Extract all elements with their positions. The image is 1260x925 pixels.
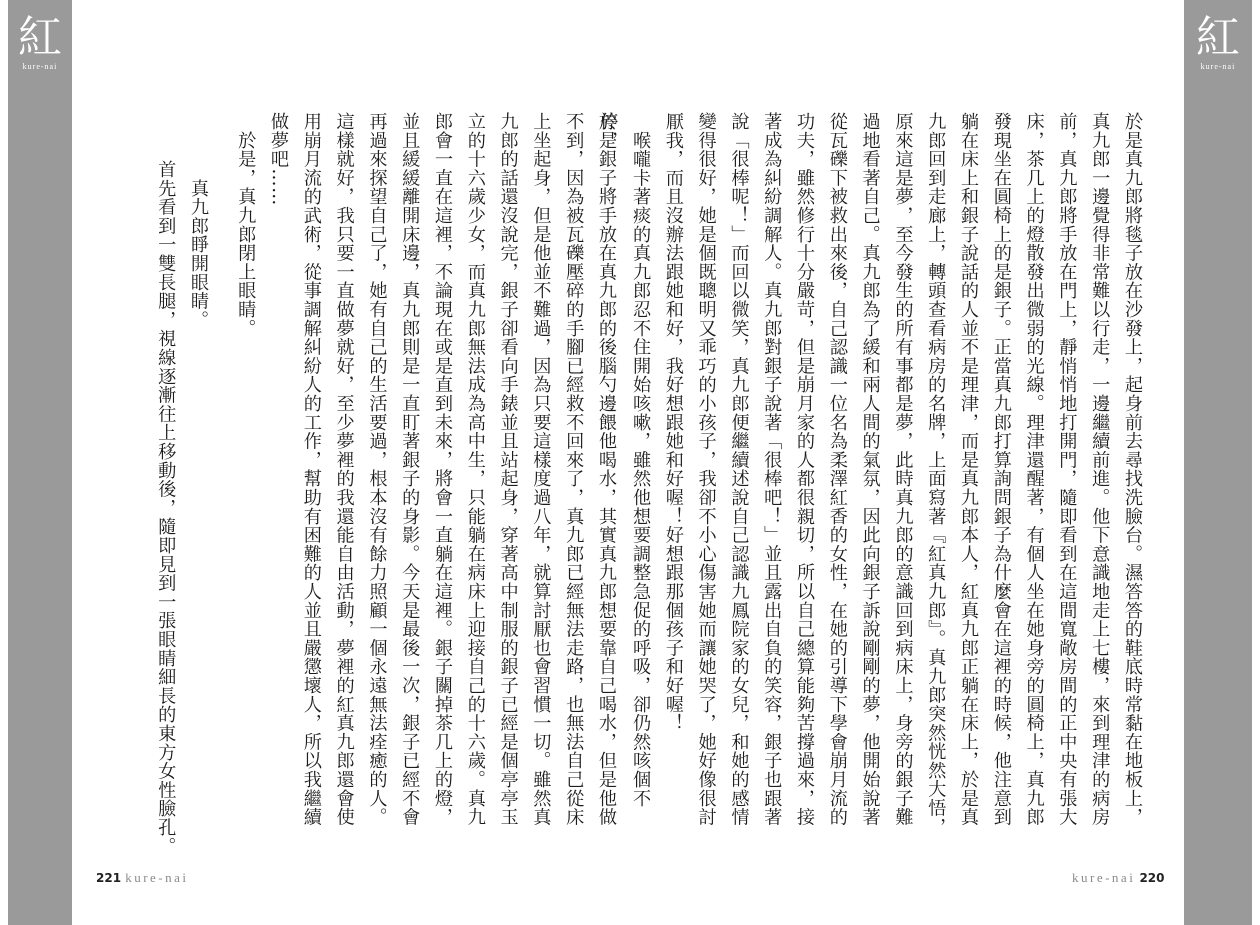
page-number: 221 <box>96 871 121 885</box>
paragraph: 首先看到一雙長腿，視線逐漸往上移動後，隨即見到一張眼睛細長的東方女性臉孔。 <box>148 160 181 860</box>
chapter-tab-left: 紅 kure-nai <box>8 0 72 925</box>
page-folio-left: 221 kure-nai <box>96 870 189 887</box>
chapter-tab-right: 紅 kure-nai <box>1184 0 1252 925</box>
page-right: 於是真九郎將毯子放在沙發上，起身前去尋找洗臉台。濕答答的鞋底時常黏在地板上，真九… <box>630 0 1184 925</box>
body-text-block: 於是銀子將手放在真九郎的後腦勺邊餵他喝水，其實真九郎想要靠自己喝水，但是他做不到… <box>228 112 622 842</box>
paragraph: 喉嚨卡著痰的真九郎忍不住開始咳嗽，雖然他想要調整急促的呼吸，卻仍然咳個不停， <box>590 112 656 842</box>
brand-logo-char: 紅 <box>1184 14 1252 62</box>
body-text-block: 於是真九郎將毯子放在沙發上，起身前去尋找洗臉台。濕答答的鞋底時常黏在地板上，真九… <box>590 112 1148 842</box>
running-title: kure-nai <box>1072 870 1135 885</box>
brand-logo-char: 紅 <box>8 14 72 62</box>
running-title: kure-nai <box>125 870 188 885</box>
page-left: 於是銀子將手放在真九郎的後腦勺邊餵他喝水，其實真九郎想要靠自己喝水，但是他做不到… <box>72 0 630 925</box>
page-number: 220 <box>1139 871 1164 885</box>
brand-logo-subtitle: kure-nai <box>8 62 72 71</box>
paragraph: 於是真九郎將毯子放在沙發上，起身前去尋找洗臉台。濕答答的鞋底時常黏在地板上，真九… <box>656 112 1148 842</box>
paragraph: 真九郎睜開眼睛。 <box>181 160 214 860</box>
brand-logo-subtitle: kure-nai <box>1184 62 1252 71</box>
paragraph: 於是，真九郎閉上眼睛。 <box>228 112 261 842</box>
page-folio-right: kure-nai 220 <box>1072 870 1165 887</box>
paragraph: 於是銀子將手放在真九郎的後腦勺邊餵他喝水，其實真九郎想要靠自己喝水，但是他做不到… <box>261 112 622 842</box>
body-text-block-section2: 真九郎睜開眼睛。 首先看到一雙長腿，視線逐漸往上移動後，隨即見到一張眼睛細長的東… <box>148 160 214 860</box>
